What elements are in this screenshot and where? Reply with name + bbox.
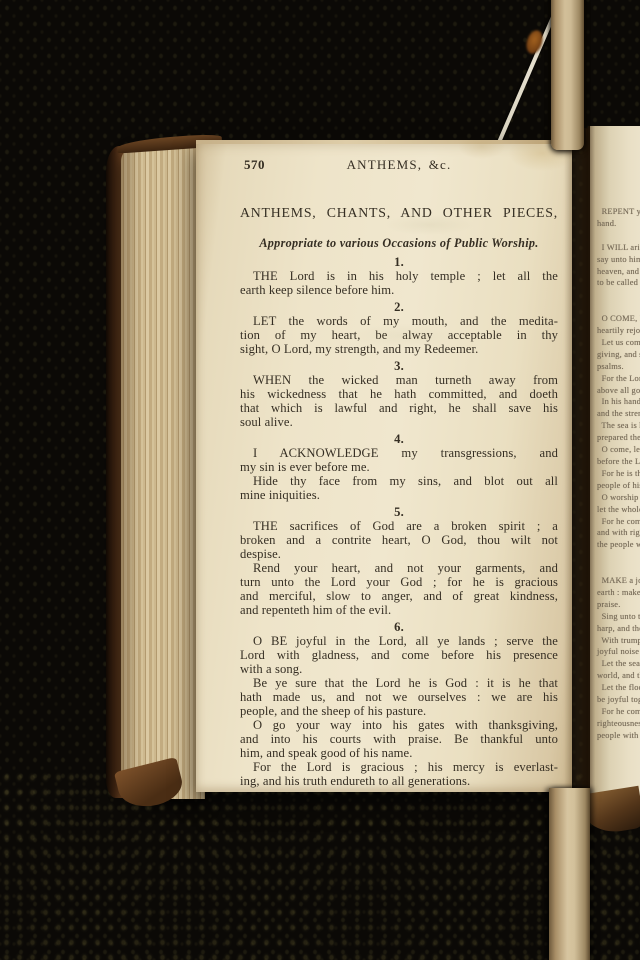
- brown-speck: [524, 28, 546, 55]
- facing-page-line: O COME, le: [597, 313, 640, 325]
- facing-page: REPENT yhand. I WILL arisay unto him,hea…: [588, 126, 640, 796]
- facing-page-line: I WILL ari: [597, 242, 640, 254]
- facing-page-line: above all gods.: [597, 385, 640, 397]
- facing-page-line: joyful noise bef: [597, 646, 640, 658]
- facing-page-line: For he is the: [597, 468, 640, 480]
- facing-page-line: Sing unto the: [597, 611, 640, 623]
- body-line: mine iniquities.: [240, 488, 558, 502]
- body-line: hath made us, and not we ourselves : we …: [240, 690, 558, 704]
- body-line: O BE joyful in the Lord, all ye lands ; …: [240, 634, 558, 648]
- facing-page-line: let the whole ea: [597, 504, 640, 516]
- facing-page-line: earth : make a: [597, 587, 640, 599]
- facing-page-line: With trumpe: [597, 635, 640, 647]
- facing-page-line: heartily rejoic: [597, 325, 640, 337]
- section-number: 5.: [240, 505, 558, 519]
- body-line: LET the words of my mouth, and the medit…: [240, 314, 558, 328]
- facing-page-line: giving, and sh: [597, 349, 640, 361]
- page-header: 570 ANTHEMS, &c.: [240, 158, 558, 174]
- running-head: ANTHEMS, &c.: [240, 158, 558, 172]
- facing-page-line: before the Lor: [597, 456, 640, 468]
- facing-page-line: For he comet: [597, 516, 640, 528]
- facing-page-line: prepared the d: [597, 432, 640, 444]
- body-line: sight, O Lord, my strength, and my Redee…: [240, 342, 558, 356]
- facing-page-line: be joyful togeth: [597, 694, 640, 706]
- body-line: my sin is ever before me.: [240, 460, 558, 474]
- facing-page-line: For the Lord: [597, 373, 640, 385]
- body-line: and repenteth him of the evil.: [240, 603, 558, 617]
- section-number: 4.: [240, 432, 558, 446]
- book-page: 570 ANTHEMS, &c. ANTHEMS, CHANTS, AND OT…: [196, 140, 572, 792]
- facing-page-line: In his hand: [597, 396, 640, 408]
- section-number: 6.: [240, 620, 558, 634]
- facing-page-line: Let the floods: [597, 682, 640, 694]
- facing-page-line: For he come: [597, 706, 640, 718]
- page-title: ANTHEMS, CHANTS, AND OTHER PIECES,: [240, 206, 558, 220]
- body-line: Lord with gladness, and come before his …: [240, 648, 558, 662]
- section-number: 1.: [240, 255, 558, 269]
- book-photo-scene: REPENT yhand. I WILL arisay unto him,hea…: [0, 0, 640, 960]
- body-line: O go your way into his gates with thanks…: [240, 718, 558, 732]
- facing-page-line: the people with: [597, 539, 640, 551]
- section-number: 3.: [240, 359, 558, 373]
- body-line: his wickedness that he hath committed, a…: [240, 387, 558, 401]
- page-text-column: 570 ANTHEMS, &c. ANTHEMS, CHANTS, AND OT…: [240, 158, 558, 788]
- page-subtitle: Appropriate to various Occasions of Publ…: [240, 236, 558, 250]
- facing-page-line: The sea is hi: [597, 420, 640, 432]
- page-fore-edge-stack: [121, 141, 205, 799]
- body-line: THE sacrifices of God are a broken spiri…: [240, 519, 558, 533]
- facing-page-line: world, and they: [597, 670, 640, 682]
- background-cloth-texture: [0, 770, 640, 960]
- gutter-shadow: [564, 128, 588, 794]
- body-line: him, and speak good of his name.: [240, 746, 558, 760]
- body-line: ing, and his truth endureth to all gener…: [240, 774, 558, 788]
- page-number: 570: [244, 158, 265, 172]
- facing-page-line: psalms.: [597, 361, 640, 373]
- book-strap-top: [551, 0, 584, 150]
- book-strap-bottom: [549, 788, 590, 960]
- facing-page-line: Let us come: [597, 337, 640, 349]
- body-line: earth keep silence before him.: [240, 283, 558, 297]
- body-line: tion of my heart, be alway acceptable in…: [240, 328, 558, 342]
- white-cord: [496, 13, 556, 145]
- facing-page-line: [597, 289, 640, 301]
- body-line: Hide thy face from my sins, and blot out…: [240, 474, 558, 488]
- body-line: turn unto the Lord your God ; for he is …: [240, 575, 558, 589]
- body-line: broken and a contrite heart, O God, thou…: [240, 533, 558, 547]
- facing-page-line: [597, 551, 640, 563]
- facing-page-line: Let the sea r: [597, 658, 640, 670]
- body-line: WHEN the wicked man turneth away from: [240, 373, 558, 387]
- facing-page-line: hand.: [597, 218, 640, 230]
- facing-page-line: O come, let u: [597, 444, 640, 456]
- facing-page-line: harp, and the: [597, 623, 640, 635]
- facing-page-line: righteousness sh: [597, 718, 640, 730]
- body-line: people, and the sheep of his pasture.: [240, 704, 558, 718]
- facing-page-line: people with equ: [597, 730, 640, 742]
- facing-page-line: MAKE a joy: [597, 575, 640, 587]
- body-line: Rend your heart, and not your garments, …: [240, 561, 558, 575]
- body-line: with a song.: [240, 662, 558, 676]
- body-line: that which is lawful and right, he shall…: [240, 401, 558, 415]
- facing-page-line: [597, 230, 640, 242]
- facing-page-line: [597, 301, 640, 313]
- facing-page-line: say unto him,: [597, 254, 640, 266]
- body-line: despise.: [240, 547, 558, 561]
- facing-page-text-column: REPENT yhand. I WILL arisay unto him,hea…: [597, 206, 640, 742]
- body-line: THE Lord is in his holy temple ; let all…: [240, 269, 558, 283]
- facing-page-line: to be called thy: [597, 277, 640, 289]
- facing-page-line: REPENT y: [597, 206, 640, 218]
- body-line: and merciful, slow to anger, and of grea…: [240, 589, 558, 603]
- body-line: and into his courts with praise. Be than…: [240, 732, 558, 746]
- facing-page-line: [597, 563, 640, 575]
- facing-page-line: heaven, and be: [597, 266, 640, 278]
- facing-page-line: and the strengt: [597, 408, 640, 420]
- body-line: Be ye sure that the Lord he is God : it …: [240, 676, 558, 690]
- anthem-sections: 1.THE Lord is in his holy temple ; let a…: [240, 255, 558, 788]
- facing-page-line: people of his pa: [597, 480, 640, 492]
- facing-page-line: praise.: [597, 599, 640, 611]
- facing-page-line: and with right: [597, 527, 640, 539]
- section-number: 2.: [240, 300, 558, 314]
- facing-page-line: O worship th: [597, 492, 640, 504]
- body-line: soul alive.: [240, 415, 558, 429]
- body-line: I ACKNOWLEDGE my transgressions, and: [240, 446, 558, 460]
- body-line: For the Lord is gracious ; his mercy is …: [240, 760, 558, 774]
